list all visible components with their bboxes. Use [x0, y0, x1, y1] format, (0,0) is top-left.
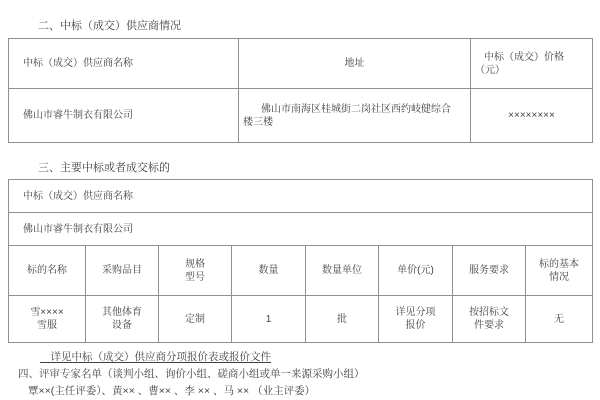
- supplier-name-cell-2: 佛山市睿牛制衣有限公司: [9, 213, 593, 246]
- supplier-label-cell: 中标（成交）供应商名称: [9, 180, 593, 213]
- spec-model-cell: 定制: [159, 296, 232, 343]
- service-requirements-cell: 按招标文 件要求: [453, 296, 526, 343]
- basic-situation-cell: 无: [526, 296, 593, 343]
- quantity-cell: 1: [232, 296, 306, 343]
- quantity-unit-cell: 批: [306, 296, 379, 343]
- expert-name-list: 覃××(主任评委）、黄×× 、曹×× 、李 ×× 、马 ×× （业主评委）: [28, 385, 592, 398]
- header-address: 地址: [239, 39, 471, 89]
- itemized-quote-note: 详见中标（成交）供应商分项报价表或报价文件: [40, 351, 592, 364]
- supplier-info-data-row: 佛山市睿牛制衣有限公司 佛山市南海区桂城街二岗社区西约岐健综合 楼三楼 ××××…: [9, 89, 593, 143]
- col-quantity-unit: 数量单位: [306, 246, 379, 296]
- col-quantity: 数量: [232, 246, 306, 296]
- section4-heading: 四、评审专家名单（谈判小组、询价小组、磋商小组或单一来源采购小组）: [18, 368, 592, 381]
- header-award-price: 中标（成交）价格 （元）: [471, 39, 593, 89]
- unit-price-cell: 详见分项 报价: [379, 296, 453, 343]
- supplier-info-table: 中标（成交）供应商名称 地址 中标（成交）价格 （元） 佛山市睿牛制衣有限公司 …: [8, 38, 593, 143]
- col-procurement-item: 采购品目: [86, 246, 159, 296]
- subject-data-row: 雪×××× 雪服 其他体育 设备 定制 1 批 详见分项 报价 按招标文 件要求…: [9, 296, 593, 343]
- award-price-cell: ××××××××: [471, 89, 593, 143]
- header-supplier-name: 中标（成交）供应商名称: [9, 39, 239, 89]
- supplier-name-row: 佛山市睿牛制衣有限公司: [9, 213, 593, 246]
- subject-header-row: 标的名称 采购品目 规格 型号 数量 数量单位 单价(元) 服务要求 标的基本 …: [9, 246, 593, 296]
- supplier-label-row: 中标（成交）供应商名称: [9, 180, 593, 213]
- col-basic-situation: 标的基本 情况: [526, 246, 593, 296]
- procurement-item-cell: 其他体育 设备: [86, 296, 159, 343]
- supplier-info-header-row: 中标（成交）供应商名称 地址 中标（成交）价格 （元）: [9, 39, 593, 89]
- section2-heading: 二、中标（成交）供应商情况: [38, 19, 592, 33]
- document-page: 二、中标（成交）供应商情况 中标（成交）供应商名称 地址 中标（成交）价格 （元…: [0, 0, 600, 400]
- col-subject-name: 标的名称: [9, 246, 86, 296]
- subject-name-cell: 雪×××× 雪服: [9, 296, 86, 343]
- col-spec-model: 规格 型号: [159, 246, 232, 296]
- supplier-name-cell: 佛山市睿牛制衣有限公司: [9, 89, 239, 143]
- award-subject-table: 中标（成交）供应商名称 佛山市睿牛制衣有限公司 标的名称 采购品目 规格 型号 …: [8, 179, 593, 343]
- section3-heading: 三、主要中标或者成交标的: [38, 161, 592, 175]
- col-service-requirements: 服务要求: [453, 246, 526, 296]
- col-unit-price: 单价(元): [379, 246, 453, 296]
- itemized-quote-note-text: 详见中标（成交）供应商分项报价表或报价文件: [40, 351, 271, 363]
- supplier-address-cell: 佛山市南海区桂城街二岗社区西约岐健综合 楼三楼: [239, 89, 471, 143]
